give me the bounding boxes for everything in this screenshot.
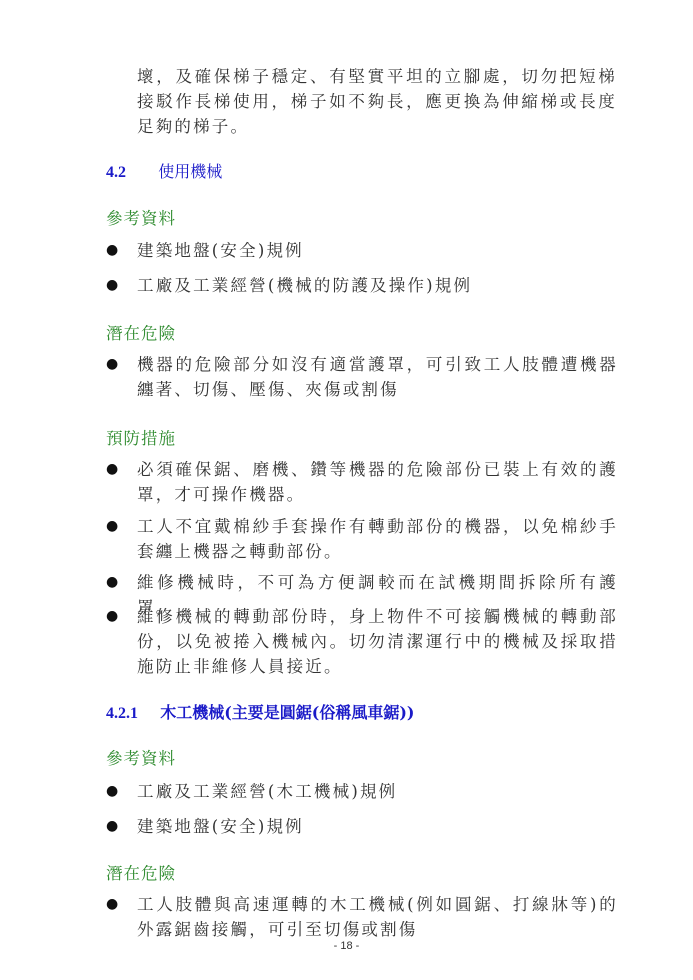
document-page: 壞，及確保梯子穩定、有堅實平坦的立腳處，切勿把短梯接駁作長梯使用，梯子如不夠長，… xyxy=(0,0,693,980)
section-heading-4-2-1: 4.2.1 木工機械(主要是圓鋸(俗稱風車鋸)) xyxy=(106,700,414,723)
bullet-icon: ● xyxy=(106,570,118,595)
page-number: - 18 - xyxy=(0,940,693,952)
section-title: 木工機械(主要是圓鋸(俗稱風車鋸)) xyxy=(160,703,414,722)
subheading-references: 參考資料 xyxy=(106,745,176,769)
bullet-icon: ● xyxy=(106,457,118,482)
section-heading-4-2: 4.2 使用機械 xyxy=(106,159,222,182)
subheading-references: 參考資料 xyxy=(106,205,176,229)
bullet-icon: ● xyxy=(106,514,118,539)
bullet-icon: ● xyxy=(106,352,118,377)
section-title: 使用機械 xyxy=(158,162,222,181)
bullet-icon: ● xyxy=(106,892,118,917)
subheading-hazards: 潛在危險 xyxy=(106,320,176,344)
bullet-icon: ● xyxy=(106,273,118,298)
section-number: 4.2 xyxy=(106,164,126,182)
bullet-icon: ● xyxy=(106,604,118,629)
intro-paragraph: 壞，及確保梯子穩定、有堅實平坦的立腳處，切勿把短梯接駁作長梯使用，梯子如不夠長，… xyxy=(137,64,617,139)
subheading-precautions: 預防措施 xyxy=(106,425,176,449)
subheading-hazards: 潛在危險 xyxy=(106,860,176,884)
section-number: 4.2.1 xyxy=(106,705,138,723)
bullet-icon: ● xyxy=(106,814,118,839)
bullet-icon: ● xyxy=(106,238,118,263)
bullet-icon: ● xyxy=(106,779,118,804)
